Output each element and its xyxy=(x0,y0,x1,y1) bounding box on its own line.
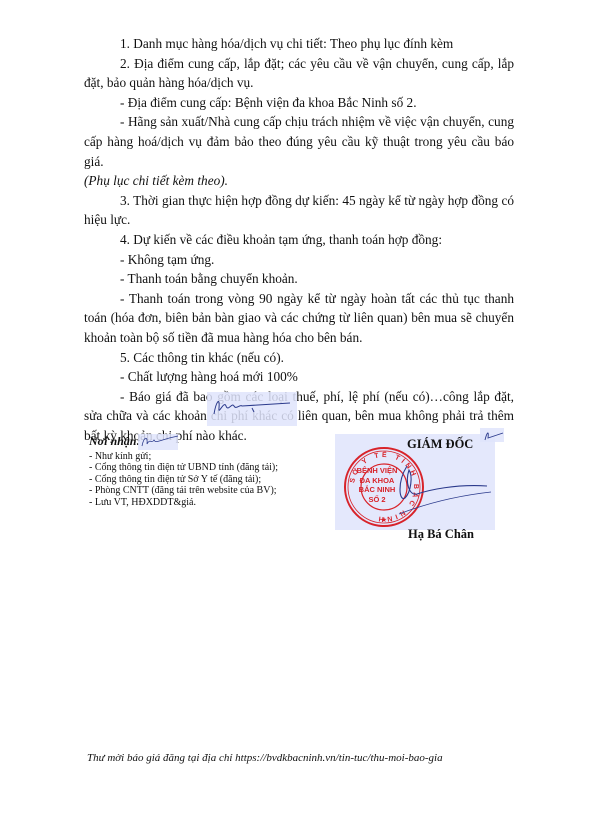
footer-note: Thư mời báo giá đăng tại địa chỉ https:/… xyxy=(87,752,443,764)
recipients-title: Nơi nhận: xyxy=(89,436,349,448)
recipient-item: - Cổng thông tin điện tử UBND tỉnh (đăng… xyxy=(89,462,349,474)
paragraph-quality: - Chất lượng hàng hoá mới 100% xyxy=(84,367,514,387)
signature-block: GIÁM ĐỐC SỞ Y TẾ TỈNH BẮC NINH ★ BỆNH VI… xyxy=(335,428,515,548)
paragraph-appendix-note: (Phụ lục chi tiết kèm theo). xyxy=(84,171,514,191)
paragraph-goods-list: 1. Danh mục hàng hóa/dịch vụ chi tiết: T… xyxy=(84,34,514,54)
paragraph-other-info: 5. Các thông tin khác (nếu có). xyxy=(84,348,514,368)
paragraph-manufacturer-responsibility: - Hãng sản xuất/Nhà cung cấp chịu trách … xyxy=(84,112,514,171)
recipients-block: Nơi nhận: - Như kính gửi; - Cổng thông t… xyxy=(89,436,349,508)
paragraph-contract-duration: 3. Thời gian thực hiện hợp đồng dự kiến:… xyxy=(84,191,514,230)
director-initial-icon xyxy=(481,428,505,442)
recipient-initial-icon xyxy=(140,434,180,450)
svg-text:★: ★ xyxy=(381,516,387,524)
paragraph-supply-location: - Địa điểm cung cấp: Bệnh viện đa khoa B… xyxy=(84,93,514,113)
document-body: 1. Danh mục hàng hóa/dịch vụ chi tiết: T… xyxy=(84,34,514,445)
paragraph-payment-90-days: - Thanh toán trong vòng 90 ngày kể từ ng… xyxy=(84,289,514,348)
recipient-item: - Cổng thông tin điện tử Sở Y tế (đăng t… xyxy=(89,474,349,486)
recipient-item: - Phòng CNTT (đăng tải trên website của … xyxy=(89,485,349,497)
director-name: Hạ Bá Chân xyxy=(408,527,474,542)
director-signature-icon xyxy=(395,462,495,522)
paragraph-bank-transfer: - Thanh toán bằng chuyển khoản. xyxy=(84,269,514,289)
paragraph-no-advance: - Không tạm ứng. xyxy=(84,250,514,270)
recipient-item: - Như kính gửi; xyxy=(89,451,349,463)
initial-signature-icon xyxy=(210,394,300,420)
paragraph-payment-terms: 4. Dự kiến về các điều khoản tạm ứng, th… xyxy=(84,230,514,250)
paragraph-delivery-location: 2. Địa điểm cung cấp, lắp đặt; các yêu c… xyxy=(84,54,514,93)
recipient-item: - Lưu VT, HĐXDDT&giá. xyxy=(89,497,349,509)
